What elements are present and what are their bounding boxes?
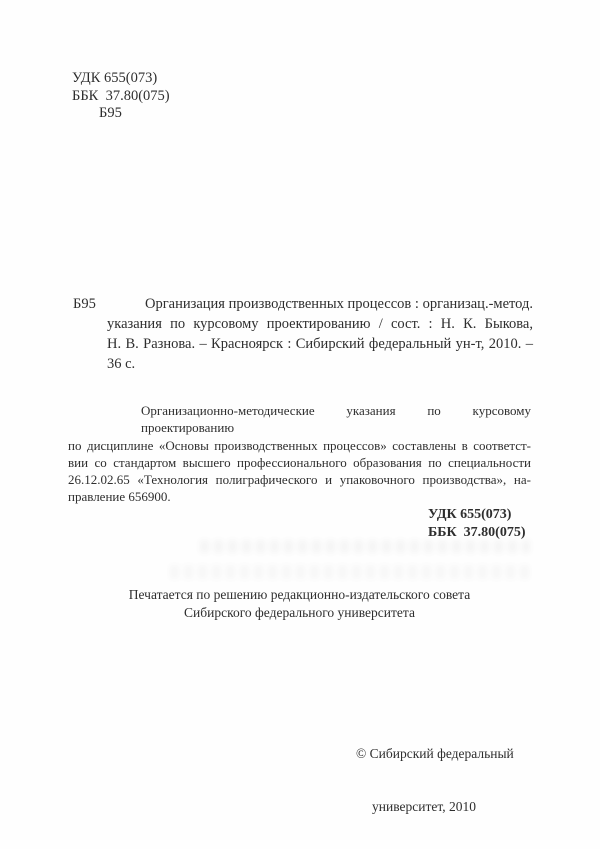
biblio-line: 36 с.	[107, 354, 533, 374]
udc-code: УДК 655(073)	[72, 70, 170, 88]
annotation-line: вии со стандартом высшего профессиональн…	[68, 454, 531, 471]
scan-bleed-artifact	[170, 565, 530, 579]
bbk-code-bold: ББК 37.80(075)	[428, 524, 526, 542]
udc-code-bold: УДК 655(073)	[428, 506, 526, 524]
copyright-notice: © Сибирский федеральный университет, 201…	[356, 710, 514, 849]
bottom-classification-codes: УДК 655(073) ББК 37.80(075)	[428, 506, 526, 541]
biblio-line: Организация производственных процессов :…	[107, 294, 533, 314]
biblio-line: указания по курсовому проектированию / с…	[107, 314, 533, 334]
document-page: УДК 655(073) ББК 37.80(075) Б95 Б95 Орга…	[0, 0, 600, 849]
copyright-line: © Сибирский федеральный	[356, 745, 514, 763]
biblio-hanging-code: Б95	[73, 294, 96, 314]
book-author-code: Б95	[72, 105, 170, 123]
printing-decision-note: Печатается по решению редакционно-издате…	[68, 586, 531, 621]
print-note-line: Сибирского федерального университета	[68, 604, 531, 622]
annotation-line: правление 656900.	[68, 488, 531, 505]
annotation-line: Организационно-методические указания по …	[68, 402, 531, 437]
top-classification-codes: УДК 655(073) ББК 37.80(075) Б95	[72, 70, 170, 123]
annotation-paragraph: Организационно-методические указания по …	[68, 402, 531, 506]
annotation-line: 26.12.02.65 «Технология полиграфического…	[68, 471, 531, 488]
biblio-line: Н. В. Разнова. – Красноярск : Сибирский …	[107, 334, 533, 354]
print-note-line: Печатается по решению редакционно-издате…	[68, 586, 531, 604]
annotation-line: по дисциплине «Основы производственных п…	[68, 437, 531, 454]
bibliographic-description: Организация производственных процессов :…	[107, 294, 533, 374]
copyright-line: университет, 2010	[356, 798, 514, 816]
bbk-code: ББК 37.80(075)	[72, 88, 170, 106]
scan-bleed-artifact	[200, 540, 530, 553]
